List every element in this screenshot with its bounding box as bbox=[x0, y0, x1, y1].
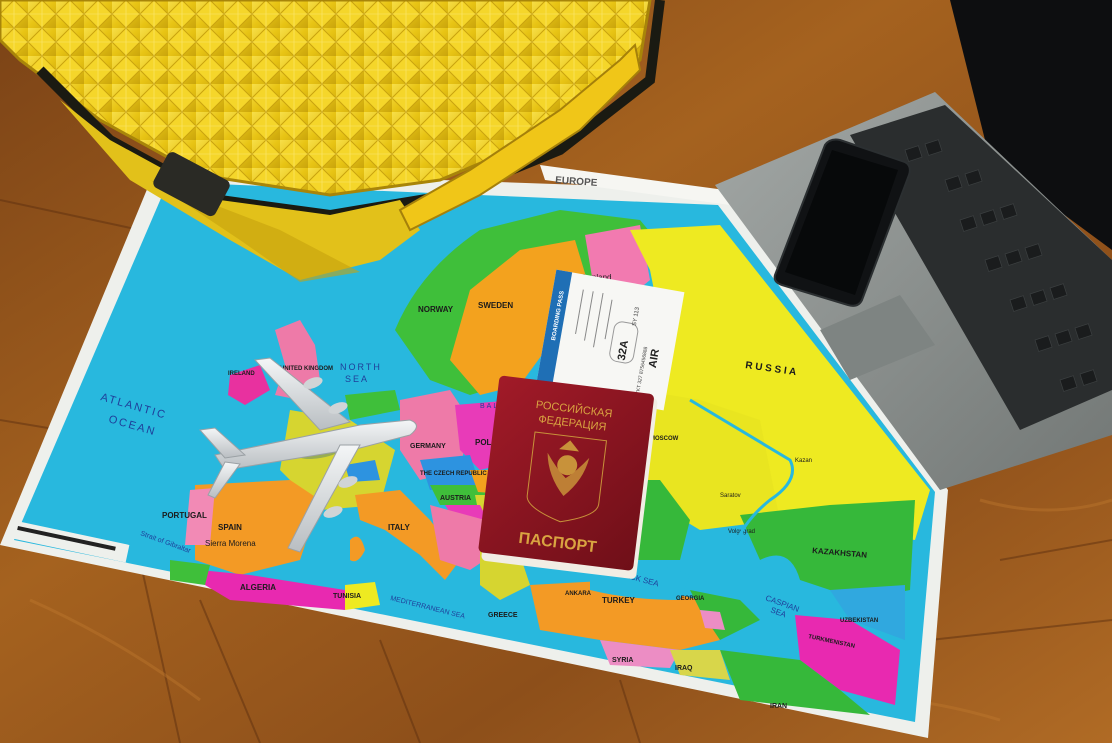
label-turkey: TURKEY bbox=[602, 596, 636, 605]
label-north-sea-2: SEA bbox=[345, 374, 369, 384]
label-iran: IRAN bbox=[770, 703, 787, 710]
label-sierra: Sierra Morena bbox=[205, 539, 256, 548]
label-tunisia: TUNISIA bbox=[333, 593, 361, 600]
label-norway: NORWAY bbox=[418, 305, 454, 314]
label-greece: GREECE bbox=[488, 612, 518, 619]
label-czech: THE CZECH REPUBLIC bbox=[420, 471, 487, 477]
label-georgia: GEORGIA bbox=[676, 596, 705, 602]
label-moscow: MOSCOW bbox=[650, 436, 679, 442]
label-saratov: Saratov bbox=[720, 493, 741, 499]
label-germany: GERMANY bbox=[410, 443, 446, 450]
label-uk: UNITED KINGDOM bbox=[280, 366, 333, 372]
label-ankara: ANKARA bbox=[565, 591, 592, 597]
label-algeria: ALGERIA bbox=[240, 583, 276, 592]
label-north-sea: NORTH bbox=[340, 362, 382, 372]
travel-flatlay-photo: EUROPE bbox=[0, 0, 1112, 743]
label-uzbekistan: UZBEKISTAN bbox=[840, 618, 878, 624]
label-iraq: IRAQ bbox=[675, 665, 693, 672]
russian-passport: РОССИЙСКАЯ ФЕДЕРАЦИЯ ПАСПОРТ bbox=[477, 375, 658, 579]
label-austria: AUSTRIA bbox=[440, 495, 471, 502]
label-ireland: IRELAND bbox=[228, 371, 255, 377]
label-italy: ITALY bbox=[388, 523, 410, 532]
label-portugal: PORTUGAL bbox=[162, 511, 207, 520]
label-syria: SYRIA bbox=[612, 657, 633, 664]
label-kazan: Kazan bbox=[795, 458, 812, 464]
label-spain: SPAIN bbox=[218, 523, 242, 532]
label-sweden: SWEDEN bbox=[478, 301, 513, 310]
